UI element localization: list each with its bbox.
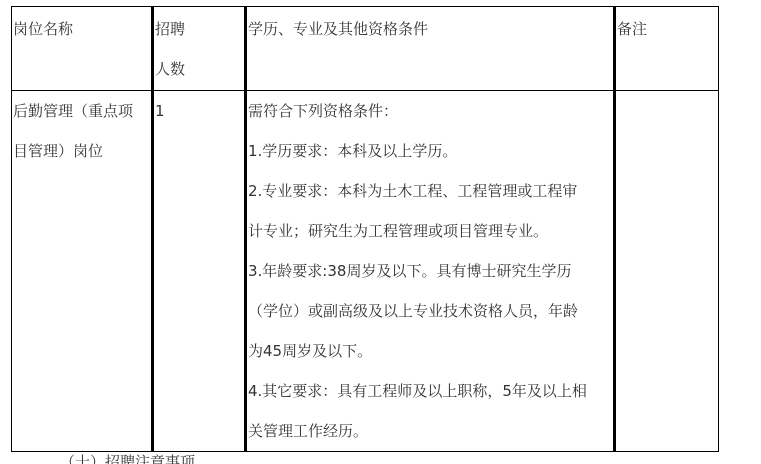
requirement-line: 1.学历要求：本科及以上学历。	[248, 131, 613, 171]
table-row: 后勤管理（重点项 目管理）岗位 1 需符合下列资格条件： 1.学历要求：本科及以…	[12, 91, 719, 452]
header-remarks: 备注	[615, 7, 719, 91]
requirement-line: 为45周岁及以下。	[248, 331, 613, 371]
requirement-line: 计专业；研究生为工程管理或项目管理专业。	[248, 211, 613, 251]
cell-requirements: 需符合下列资格条件： 1.学历要求：本科及以上学历。 2.专业要求：本科为土木工…	[246, 91, 615, 452]
cell-remarks	[615, 91, 719, 452]
header-recruit-count: 招聘 人数	[153, 7, 246, 91]
requirement-line: 2.专业要求：本科为土木工程、工程管理或工程审	[248, 171, 613, 211]
requirement-line: 3.年龄要求:38周岁及以下。具有博士研究生学历	[248, 251, 613, 291]
header-requirements: 学历、专业及其他资格条件	[246, 7, 615, 91]
requirement-line: 需符合下列资格条件：	[248, 91, 613, 131]
section-heading-partial: （十）招聘注意事项	[60, 452, 195, 464]
requirement-line: 4.其它要求：具有工程师及以上职称，5年及以上相	[248, 371, 613, 411]
table-header-row: 岗位名称 招聘 人数 学历、专业及其他资格条件 备注	[12, 7, 719, 91]
cell-position-name: 后勤管理（重点项 目管理）岗位	[12, 91, 153, 452]
requirement-line: （学位）或副高级及以上专业技术资格人员，年龄	[248, 291, 613, 331]
header-position-name: 岗位名称	[12, 7, 153, 91]
cell-recruit-count: 1	[153, 91, 246, 452]
requirement-line: 关管理工作经历。	[248, 411, 613, 451]
recruitment-table: 岗位名称 招聘 人数 学历、专业及其他资格条件 备注 后勤管理（重点项 目管理）…	[11, 6, 719, 452]
